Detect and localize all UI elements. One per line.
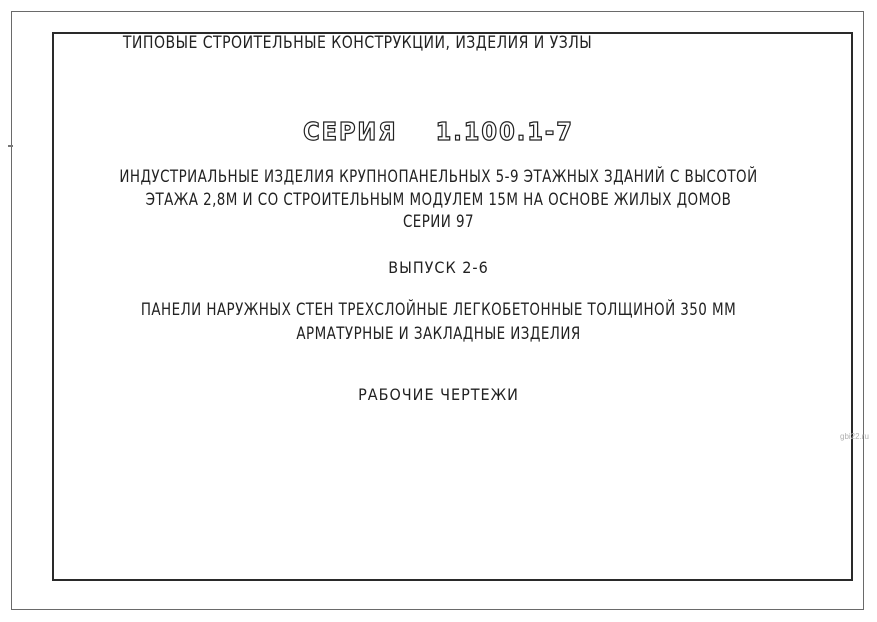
drawing-type: Рабочие чертежи bbox=[0, 385, 877, 404]
watermark: gbi22.ru bbox=[840, 432, 869, 441]
series-number: 1.100.1-7 bbox=[436, 117, 574, 146]
description-line-2: этажа 2,8м и со строительным модулем 15М… bbox=[53, 190, 825, 210]
issue-number: Выпуск 2-6 bbox=[0, 258, 877, 277]
series-title: Серия1.100.1-7 bbox=[0, 117, 877, 146]
series-label: Серия bbox=[303, 117, 398, 146]
document-header: Типовые строительные конструкции, издели… bbox=[0, 33, 726, 53]
panel-description-line-1: Панели наружных стен трехслойные легкобе… bbox=[53, 300, 825, 320]
panel-description-line-2: арматурные и закладные изделия bbox=[53, 324, 825, 344]
description-line-1: Индустриальные изделия крупнопанельных 5… bbox=[53, 167, 825, 187]
description-line-3: серии 97 bbox=[53, 212, 825, 232]
